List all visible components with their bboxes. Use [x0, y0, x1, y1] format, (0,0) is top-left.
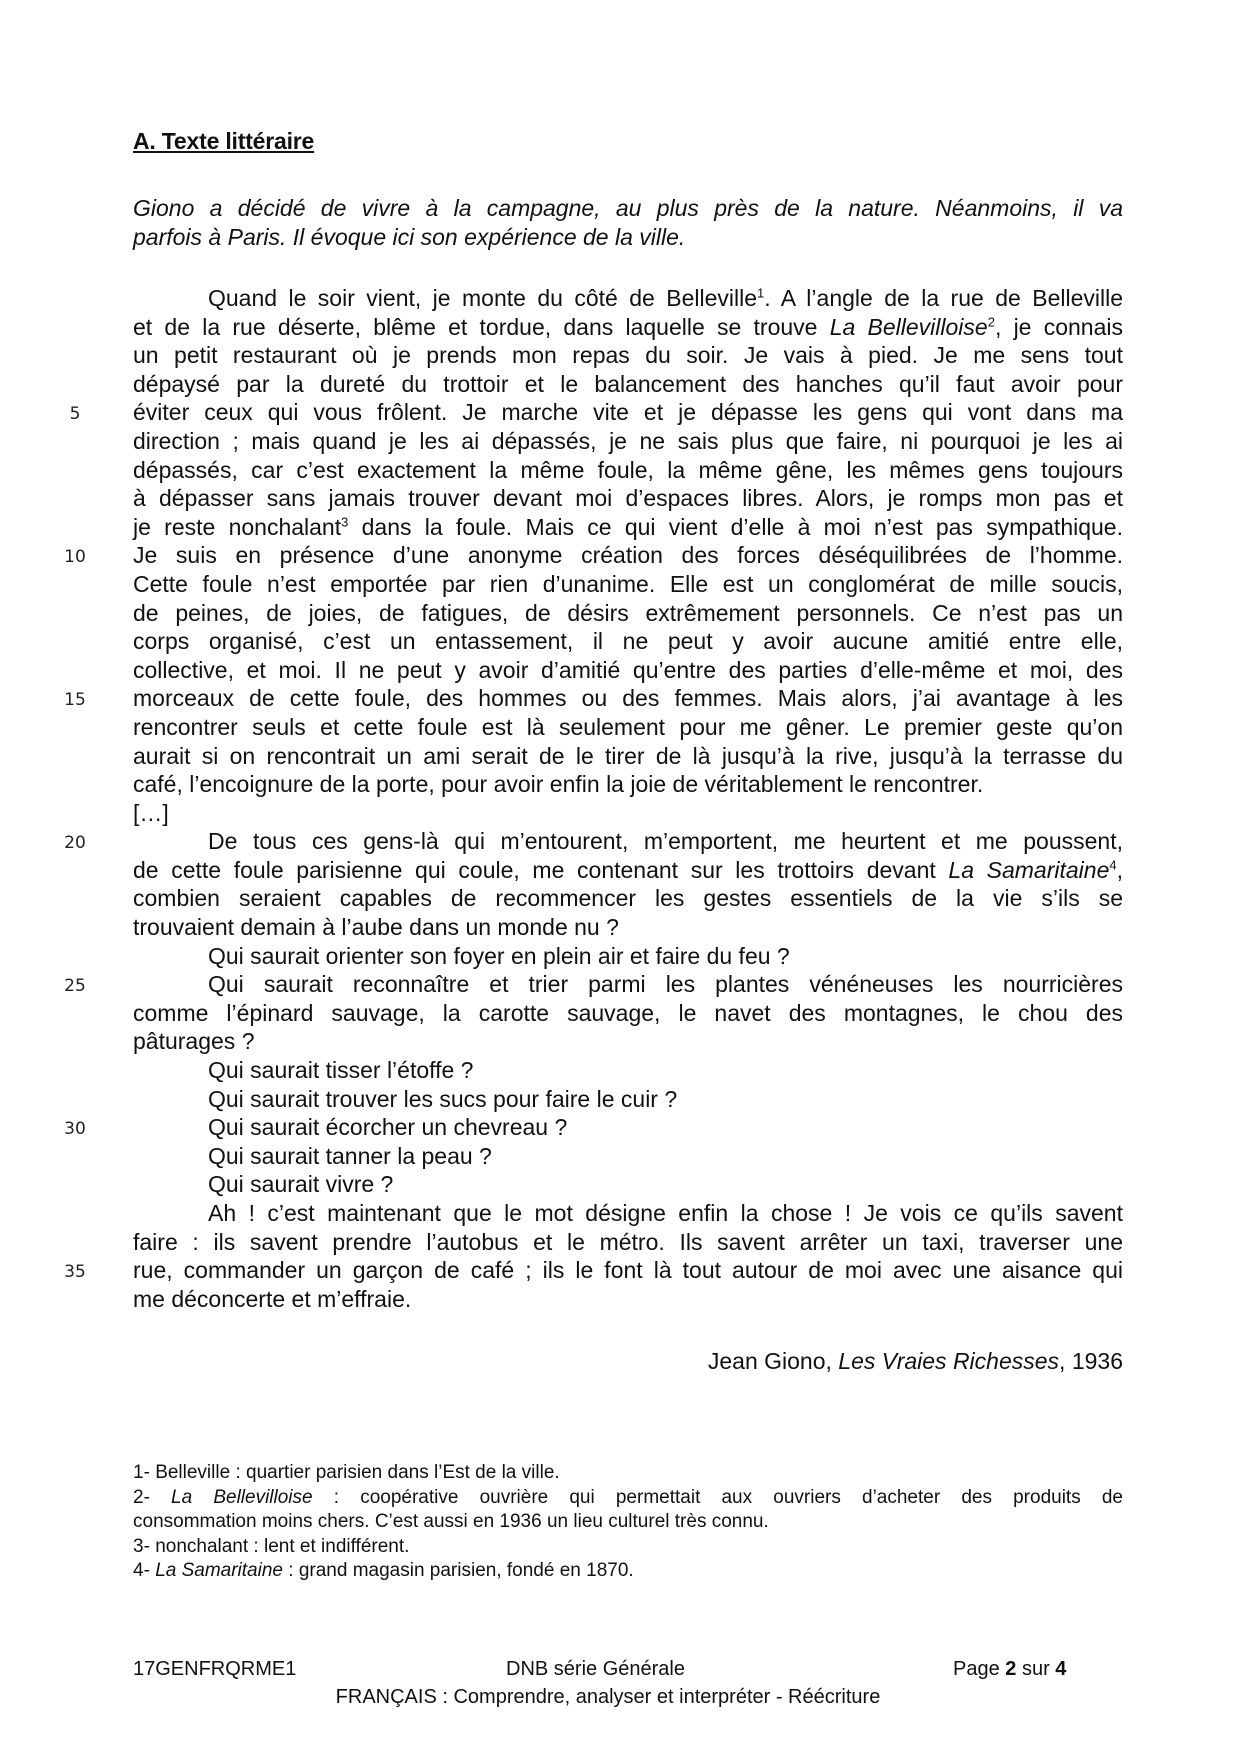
text-line: dépassés, car c’est exactement la même f…: [133, 456, 1123, 485]
text-segment: de cette foule parisienne qui coule, me …: [133, 857, 948, 883]
text-line: aurait si on rencontrait un ami serait d…: [133, 742, 1123, 771]
author-name: Jean Giono,: [708, 1348, 838, 1374]
text-line: Qui saurait vivre ?: [133, 1170, 1123, 1199]
text-segment: dépaysé par la dureté du trottoir et le …: [133, 370, 1123, 399]
footnotes: 1- Belleville : quartier parisien dans l…: [133, 1461, 1123, 1584]
text-line: 10Je suis en présence d’une anonyme créa…: [133, 541, 1123, 570]
text-segment: Qui saurait tisser l’étoffe ?: [133, 1056, 1123, 1085]
line-number: 25: [60, 972, 90, 1001]
footnote: 2- La Bellevilloise : coopérative ouvriè…: [133, 1486, 1123, 1511]
text-segment: Qui saurait tanner la peau ?: [133, 1142, 1123, 1171]
text-segment: et de la rue déserte, blême et tordue, d…: [133, 314, 830, 340]
italic-title: La Samaritaine: [948, 857, 1109, 883]
footnote: 1- Belleville : quartier parisien dans l…: [133, 1461, 1123, 1486]
text-line: 25Qui saurait reconnaître et trier parmi…: [133, 970, 1123, 999]
footnote: 4- La Samaritaine : grand magasin parisi…: [133, 1559, 1123, 1584]
text-line: à dépasser sans jamais trouver devant mo…: [133, 484, 1123, 513]
italic-title: La Bellevilloise: [830, 314, 988, 340]
text-segment: combien seraient capables de recommencer…: [133, 884, 1123, 913]
text-segment: Qui saurait orienter son foyer en plein …: [133, 942, 1123, 971]
text-segment: trouvaient demain à l’aube dans un monde…: [133, 913, 1123, 942]
section-heading: A. Texte littéraire: [133, 128, 314, 155]
text-line: combien seraient capables de recommencer…: [133, 884, 1123, 913]
text-segment: Qui saurait trouver les sucs pour faire …: [133, 1085, 1123, 1114]
text-segment: […]: [133, 799, 1123, 828]
text-segment: dépassés, car c’est exactement la même f…: [133, 456, 1123, 485]
text-line: Qui saurait tisser l’étoffe ?: [133, 1056, 1123, 1085]
text-segment: rencontrer seuls et cette foule est là s…: [133, 713, 1123, 742]
literary-text: Quand le soir vient, je monte du côté de…: [133, 284, 1123, 1313]
text-line: direction ; mais quand je les ai dépassé…: [133, 427, 1123, 456]
page-footer: 17GENFRQRME1 DNB série Générale Page 2 s…: [133, 1658, 1083, 1686]
text-line: 15morceaux de cette foule, des hommes ou…: [133, 684, 1123, 713]
text-segment: Qui saurait écorcher un chevreau ?: [133, 1113, 1123, 1142]
exam-code: 17GENFRQRME1: [133, 1658, 296, 1681]
footnote-term: La Samaritaine: [155, 1560, 283, 1581]
text-line: 5éviter ceux qui vous frôlent. Je marche…: [133, 398, 1123, 427]
text-line: comme l’épinard sauvage, la carotte sauv…: [133, 999, 1123, 1028]
text-line: pâturages ?: [133, 1027, 1123, 1056]
line-number: 10: [60, 543, 90, 572]
footnote-term: La Bellevilloise: [171, 1487, 313, 1508]
text-segment: collective, et moi. Il ne peut y avoir d…: [133, 656, 1123, 685]
footnote-term: Belleville: [155, 1462, 230, 1483]
ellipsis-line: […]: [133, 799, 1123, 828]
text-segment: Cette foule n’est emportée par rien d’un…: [133, 570, 1123, 599]
text-segment: morceaux de cette foule, des hommes ou d…: [133, 684, 1123, 713]
text-line: Cette foule n’est emportée par rien d’un…: [133, 570, 1123, 599]
exam-subject: FRANÇAIS : Comprendre, analyser et inter…: [133, 1686, 1083, 1709]
exam-page: A. Texte littéraire Giono a décidé de vi…: [0, 0, 1240, 1754]
text-line: café, l’encoignure de la porte, pour avo…: [133, 770, 1123, 799]
page-separator: sur: [1016, 1658, 1055, 1680]
line-number: 20: [60, 829, 90, 858]
footnote-definition: : quartier parisien dans l’Est de la vil…: [230, 1462, 560, 1483]
text-segment: je reste nonchalant: [133, 514, 341, 540]
text-line: Qui saurait orienter son foyer en plein …: [133, 942, 1123, 971]
text-line: collective, et moi. Il ne peut y avoir d…: [133, 656, 1123, 685]
footnote-definition: : coopérative ouvrière qui permettait au…: [313, 1487, 1123, 1508]
footnote-term: nonchalant: [155, 1536, 248, 1557]
text-line: trouvaient demain à l’aube dans un monde…: [133, 913, 1123, 942]
text-segment: dans la foule. Mais ce qui vient d’elle …: [348, 514, 1123, 540]
intro-paragraph: Giono a décidé de vivre à la campagne, a…: [133, 194, 1123, 251]
text-segment: direction ; mais quand je les ai dépassé…: [133, 427, 1123, 456]
source-citation: Jean Giono, Les Vraies Richesses, 1936: [708, 1348, 1123, 1375]
text-segment: De tous ces gens-là qui m’entourent, m’e…: [133, 827, 1123, 856]
text-line: 20De tous ces gens-là qui m’entourent, m…: [133, 827, 1123, 856]
line-number: 15: [60, 686, 90, 715]
text-segment: , je connais: [995, 314, 1123, 340]
text-segment: ,: [1117, 857, 1123, 883]
text-segment: Qui saurait vivre ?: [133, 1170, 1123, 1199]
text-line: corps organisé, c’est un entassement, il…: [133, 627, 1123, 656]
publication-year: , 1936: [1059, 1348, 1123, 1374]
text-segment: Quand le soir vient, je monte du côté de…: [208, 285, 757, 311]
text-segment: aurait si on rencontrait un ami serait d…: [133, 742, 1123, 771]
text-line: Quand le soir vient, je monte du côté de…: [133, 284, 1123, 313]
footnote-number: 2-: [133, 1487, 171, 1508]
text-line: dépaysé par la dureté du trottoir et le …: [133, 370, 1123, 399]
page-prefix: Page: [953, 1658, 1005, 1680]
intro-line: parfois à Paris. Il évoque ici son expér…: [133, 223, 1123, 252]
footnote-definition: : lent et indifférent.: [248, 1536, 409, 1557]
text-segment: me déconcerte et m’effraie.: [133, 1285, 1123, 1314]
text-line: Qui saurait trouver les sucs pour faire …: [133, 1085, 1123, 1114]
book-title: Les Vraies Richesses: [838, 1348, 1059, 1374]
text-line: je reste nonchalant3 dans la foule. Mais…: [133, 513, 1123, 542]
text-segment: un petit restaurant où je prends mon rep…: [133, 341, 1123, 370]
text-segment: Ah ! c’est maintenant que le mot désigne…: [133, 1199, 1123, 1228]
text-segment: faire : ils savent prendre l’autobus et …: [133, 1228, 1123, 1257]
text-segment: . A l’angle de la rue de Belleville: [764, 285, 1123, 311]
footnote-ref: 4: [1109, 857, 1116, 872]
line-number: 30: [60, 1115, 90, 1144]
text-line: Ah ! c’est maintenant que le mot désigne…: [133, 1199, 1123, 1228]
text-segment: pâturages ?: [133, 1027, 1123, 1056]
footnote-ref: 2: [988, 314, 995, 329]
text-segment: Je suis en présence d’une anonyme créati…: [133, 541, 1123, 570]
line-number: 5: [60, 400, 90, 429]
footnote-number: 4-: [133, 1560, 155, 1581]
current-page: 2: [1005, 1658, 1016, 1680]
text-segment: rue, commander un garçon de café ; ils l…: [133, 1256, 1123, 1285]
text-segment: corps organisé, c’est un entassement, il…: [133, 627, 1123, 656]
text-line: rencontrer seuls et cette foule est là s…: [133, 713, 1123, 742]
text-line: faire : ils savent prendre l’autobus et …: [133, 1228, 1123, 1257]
footnote-definition: : grand magasin parisien, fondé en 1870.: [283, 1560, 634, 1581]
text-segment: éviter ceux qui vous frôlent. Je marche …: [133, 398, 1123, 427]
intro-line: Giono a décidé de vivre à la campagne, a…: [133, 194, 1123, 223]
text-line: 35rue, commander un garçon de café ; ils…: [133, 1256, 1123, 1285]
text-line: et de la rue déserte, blême et tordue, d…: [133, 313, 1123, 342]
page-number: Page 2 sur 4: [953, 1658, 1066, 1681]
footnote: 3- nonchalant : lent et indifférent.: [133, 1535, 1123, 1560]
exam-series: DNB série Générale: [506, 1658, 685, 1681]
text-line: un petit restaurant où je prends mon rep…: [133, 341, 1123, 370]
text-segment: café, l’encoignure de la porte, pour avo…: [133, 770, 1123, 799]
text-segment: comme l’épinard sauvage, la carotte sauv…: [133, 999, 1123, 1028]
text-line: me déconcerte et m’effraie.: [133, 1285, 1123, 1314]
footnote-continuation: consommation moins chers. C’est aussi en…: [133, 1510, 1123, 1535]
text-line: de peines, de joies, de fatigues, de dés…: [133, 599, 1123, 628]
text-segment: de peines, de joies, de fatigues, de dés…: [133, 599, 1123, 628]
total-pages: 4: [1055, 1658, 1066, 1680]
text-segment: à dépasser sans jamais trouver devant mo…: [133, 484, 1123, 513]
text-line: 30Qui saurait écorcher un chevreau ?: [133, 1113, 1123, 1142]
footnote-number: 1-: [133, 1462, 155, 1483]
text-segment: Qui saurait reconnaître et trier parmi l…: [133, 970, 1123, 999]
line-number: 35: [60, 1258, 90, 1287]
text-line: Qui saurait tanner la peau ?: [133, 1142, 1123, 1171]
footnote-number: 3-: [133, 1536, 155, 1557]
text-line: de cette foule parisienne qui coule, me …: [133, 856, 1123, 885]
